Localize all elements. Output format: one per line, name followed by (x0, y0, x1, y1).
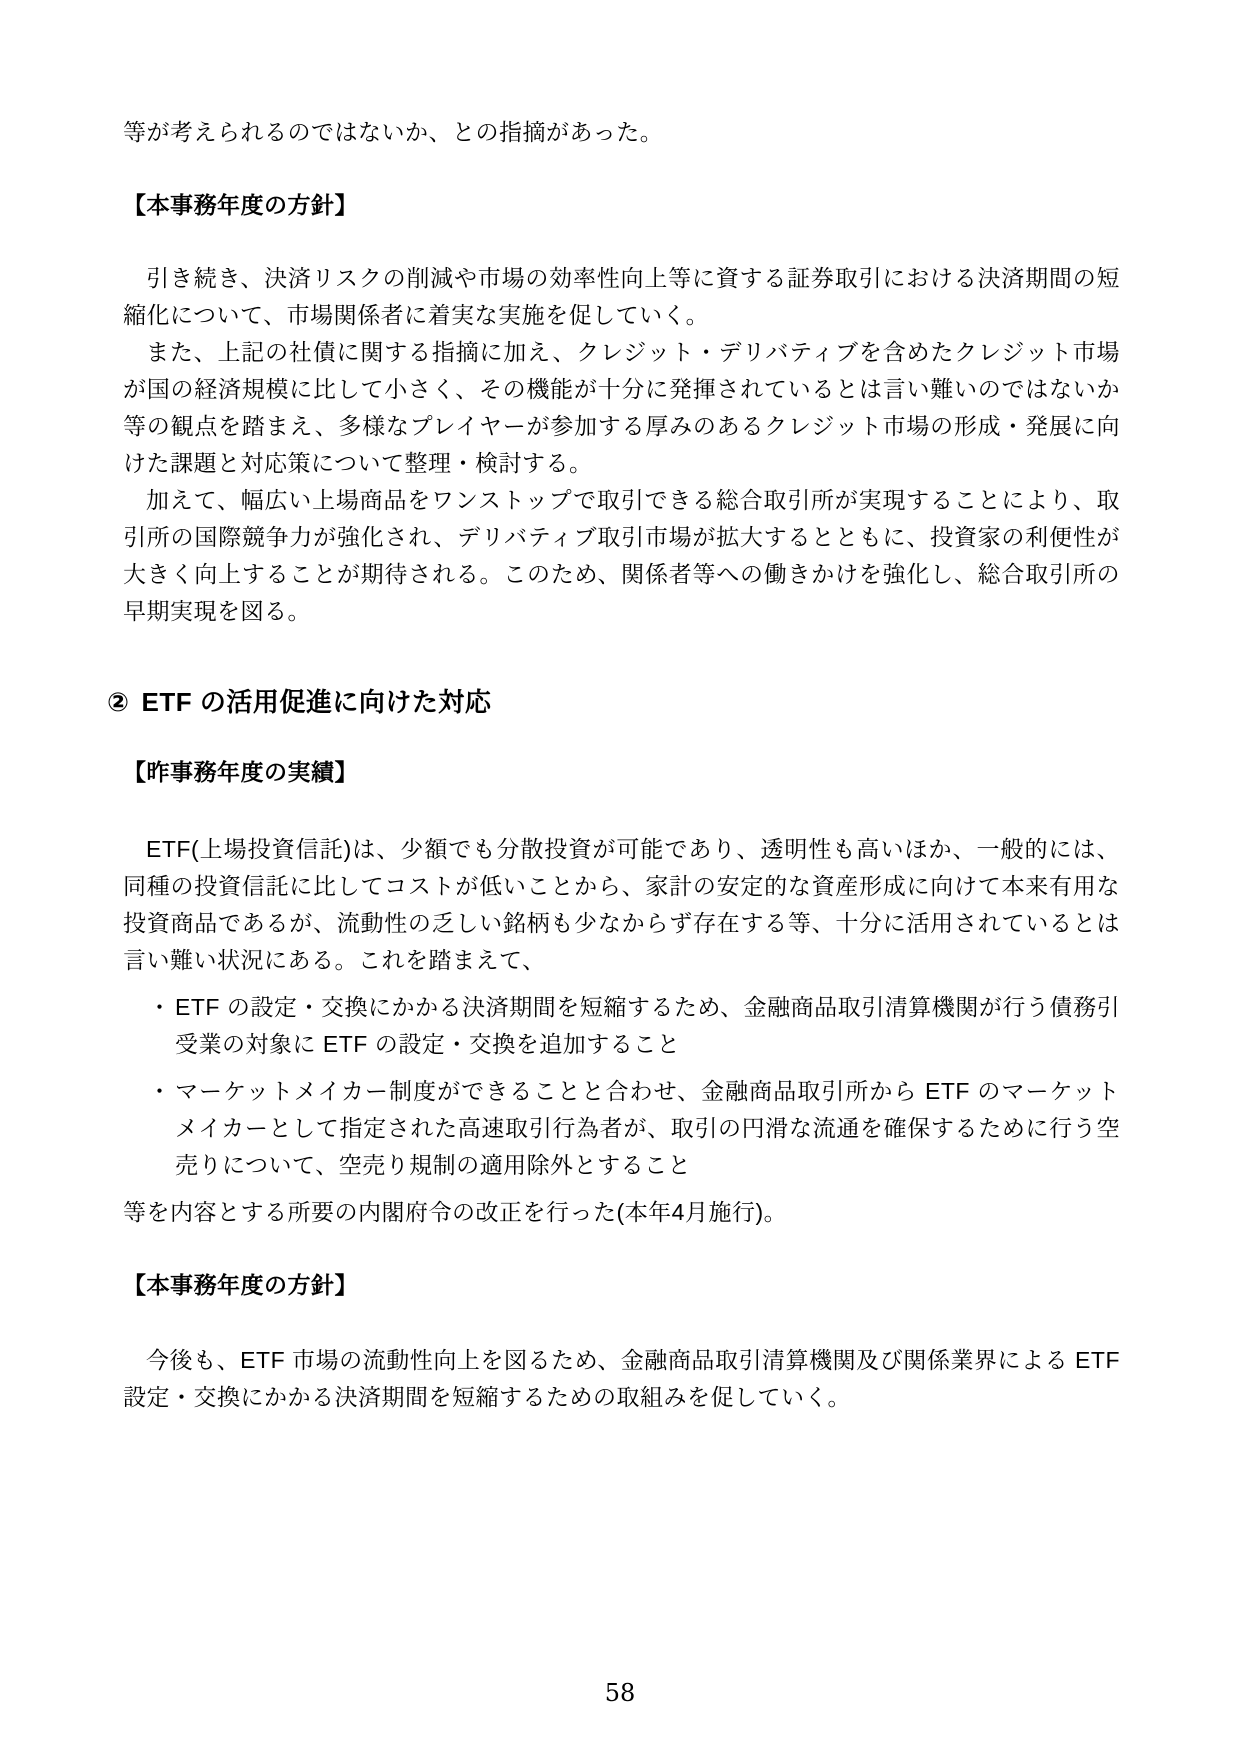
section-number-circled-2: ② (107, 680, 130, 724)
page-number: 58 (0, 1678, 1240, 1708)
document-page: 等が考えられるのではないか、との指摘があった。 【本事務年度の方針】 引き続き、… (0, 0, 1240, 1755)
results-lead-paragraph: ETF(上場投資信託)は、少額でも分散投資が可能であり、透明性も高いほか、一般的… (123, 831, 1120, 979)
current-year-policy-heading: 【本事務年度の方針】 (123, 1267, 1120, 1304)
policy-paragraph-3: 加えて、幅広い上場商品をワンストップで取引できる総合取引所が実現することにより、… (123, 482, 1120, 630)
bullet-item-2: ・ マーケットメイカー制度ができることと合わせ、金融商品取引所から ETF のマ… (123, 1073, 1120, 1184)
document-content: 等が考えられるのではないか、との指摘があった。 【本事務年度の方針】 引き続き、… (0, 0, 1240, 1416)
section-title: ETF の活用促進に向けた対応 (142, 680, 492, 724)
bullet-item-1: ・ ETF の設定・交換にかかる決済期間を短縮するため、金融商品取引清算機関が行… (123, 989, 1120, 1063)
bullet-text-2: マーケットメイカー制度ができることと合わせ、金融商品取引所から ETF のマーケ… (175, 1073, 1120, 1184)
current-year-policy-paragraph: 今後も、ETF 市場の流動性向上を図るため、金融商品取引清算機関及び関係業界によ… (123, 1342, 1120, 1416)
continuation-paragraph: 等が考えられるのではないか、との指摘があった。 (123, 114, 1120, 151)
policy-paragraphs: 引き続き、決済リスクの削減や市場の効率性向上等に資する証券取引における決済期間の… (123, 260, 1120, 630)
section-heading-etf: ② ETF の活用促進に向けた対応 (107, 680, 1120, 724)
policy-paragraph-2: また、上記の社債に関する指摘に加え、クレジット・デリバティブを含めたクレジット市… (123, 334, 1120, 482)
bullet-dot-icon: ・ (148, 1073, 175, 1184)
prev-section-policy-heading: 【本事務年度の方針】 (123, 187, 1120, 224)
bullet-dot-icon: ・ (148, 989, 175, 1063)
policy-paragraph-1: 引き続き、決済リスクの削減や市場の効率性向上等に資する証券取引における決済期間の… (123, 260, 1120, 334)
results-closing-paragraph: 等を内容とする所要の内閣府令の改正を行った(本年4月施行)。 (123, 1194, 1120, 1231)
results-heading: 【昨事務年度の実績】 (123, 754, 1120, 791)
bullet-text-1: ETF の設定・交換にかかる決済期間を短縮するため、金融商品取引清算機関が行う債… (175, 989, 1120, 1063)
